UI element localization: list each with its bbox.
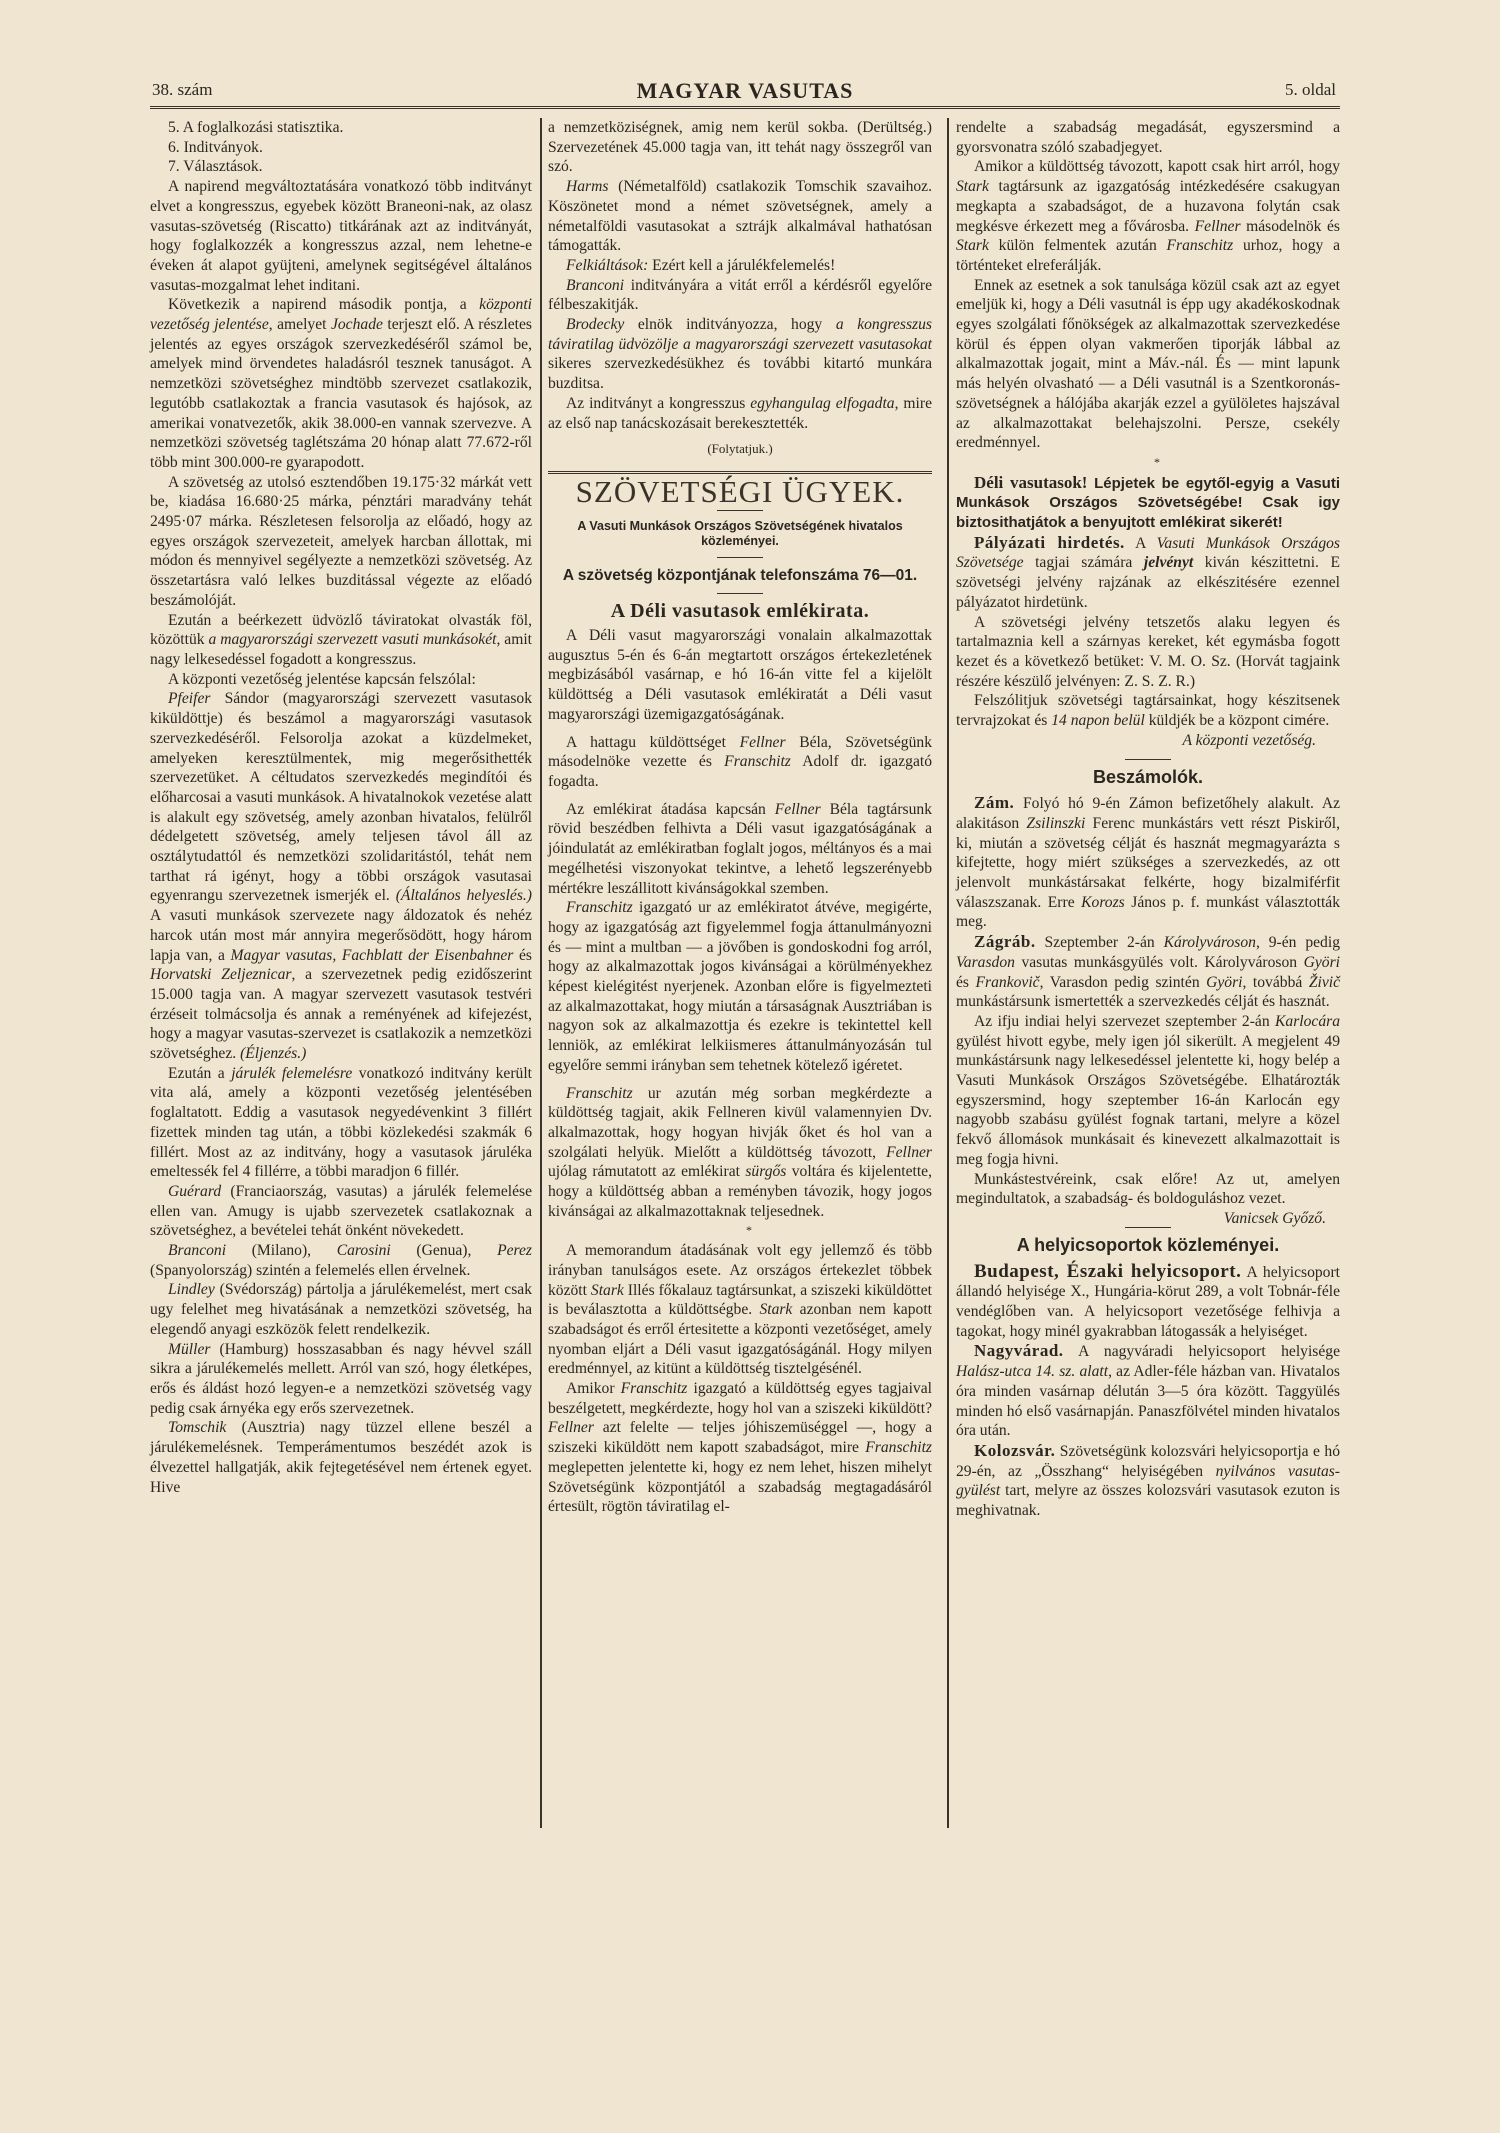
paragraph: A központi vezetőség jelentése kapcsán f… bbox=[150, 670, 532, 690]
article-title: A Déli vasutasok emlékirata. bbox=[548, 602, 932, 622]
page-number: 5. oldal bbox=[1285, 80, 1336, 100]
phone-notice: A szövetség központjának telefonszáma 76… bbox=[548, 566, 932, 586]
paragraph: Következik a napirend második pontja, a … bbox=[150, 295, 532, 472]
short-divider bbox=[1125, 759, 1171, 760]
short-divider bbox=[717, 593, 763, 594]
columns: 5. A foglalkozási statisztika. 6. Inditv… bbox=[150, 118, 1340, 1858]
short-divider bbox=[717, 557, 763, 558]
paragraph: Amikor Franschitz igazgató a küldöttség … bbox=[548, 1379, 932, 1517]
signature: A központi vezetőség. bbox=[956, 731, 1340, 751]
paragraph: Ezután a járulék felemelésre vonatkozó i… bbox=[150, 1064, 532, 1182]
paragraph: A hattagu küldöttséget Fellner Béla, Szö… bbox=[548, 733, 932, 792]
column-3: rendelte a szabadság megadását, egyszers… bbox=[956, 118, 1340, 1521]
paragraph: A napirend megváltoztatására vonatkozó t… bbox=[150, 177, 532, 295]
section-subtitle: A Vasuti Munkások Országos Szövetségének… bbox=[548, 519, 932, 549]
paragraph: Franschitz ur azután még sorban megkérde… bbox=[548, 1084, 932, 1222]
paragraph: a nemzetköziségnek, amig nem kerül sokba… bbox=[548, 118, 932, 177]
paragraph: Budapest, Északi helyicsoport. A helyics… bbox=[956, 1262, 1340, 1342]
paragraph: Nagyvárad. A nagyváradi helyicsoport hel… bbox=[956, 1341, 1340, 1441]
agenda-item: 7. Választások. bbox=[150, 157, 532, 177]
asterisk-divider: * bbox=[548, 1221, 932, 1241]
paragraph: Ezután a beérkezett üdvözlő táviratokat … bbox=[150, 611, 532, 670]
paragraph: A Déli vasut magyarországi vonalain alka… bbox=[548, 626, 932, 725]
paragraph: Müller (Hamburg) hosszasabban és nagy hé… bbox=[150, 1340, 532, 1419]
paragraph: Az emlékirat átadása kapcsán Fellner Bél… bbox=[548, 800, 932, 899]
column-1: 5. A foglalkozási statisztika. 6. Inditv… bbox=[150, 118, 532, 1497]
reports-title: Beszámolók. bbox=[956, 768, 1340, 788]
agenda-item: 5. A foglalkozási statisztika. bbox=[150, 118, 532, 138]
asterisk-divider: * bbox=[956, 453, 1340, 473]
paragraph: Kolozsvár. Szövetségünk kolozsvári helyi… bbox=[956, 1441, 1340, 1521]
paragraph: A szövetség az utolsó esztendőben 19.175… bbox=[150, 473, 532, 611]
continued-note: (Folytatjuk.) bbox=[548, 439, 932, 459]
paragraph: A szövetségi jelvény tetszetős alaku leg… bbox=[956, 613, 1340, 692]
paragraph: Amikor a küldöttség távozott, kapott csa… bbox=[956, 157, 1340, 275]
paragraph: Zágráb. Szeptember 2-án Károlyvároson, 9… bbox=[956, 932, 1340, 1012]
paragraph: Branconi (Milano), Carosini (Genua), Per… bbox=[150, 1241, 532, 1280]
short-divider bbox=[1125, 1227, 1171, 1228]
paragraph: Az ifju indiai helyi szervezet szeptembe… bbox=[956, 1012, 1340, 1170]
column-divider bbox=[540, 118, 542, 1828]
newspaper-title: MAGYAR VASUTAS bbox=[150, 78, 1340, 104]
paragraph: Ennek az esetnek a sok tanulsága közül c… bbox=[956, 276, 1340, 453]
paragraph: Branconi inditványára a vitát erről a ké… bbox=[548, 276, 932, 315]
section-title: SZÖVETSÉGI ÜGYEK. bbox=[548, 482, 932, 502]
callout-notice: Déli vasutasok! Lépjetek be egytől-egyig… bbox=[956, 473, 1340, 533]
paragraph: Brodecky elnök inditványozza, hogy a kon… bbox=[548, 315, 932, 394]
paragraph: Lindley (Svédország) pártolja a járuléke… bbox=[150, 1280, 532, 1339]
agenda-item: 6. Inditványok. bbox=[150, 138, 532, 158]
paragraph: A memorandum átadásának volt egy jellemz… bbox=[548, 1241, 932, 1379]
newspaper-page: 38. szám MAGYAR VASUTAS 5. oldal 5. A fo… bbox=[150, 78, 1340, 2068]
paragraph: Harms (Németalföld) csatlakozik Tomschik… bbox=[548, 177, 932, 256]
paragraph: Munkástestvéreink, csak előre! Az ut, am… bbox=[956, 1170, 1340, 1209]
column-divider bbox=[947, 118, 949, 1828]
paragraph: Felszólitjuk szövetségi tagtársainkat, h… bbox=[956, 691, 1340, 730]
paragraph: Felkiáltások: Ezért kell a járulékfeleme… bbox=[548, 256, 932, 276]
masthead: 38. szám MAGYAR VASUTAS 5. oldal bbox=[150, 78, 1340, 109]
paragraph: Franschitz igazgató ur az emlékiratot át… bbox=[548, 898, 932, 1075]
paragraph: Tomschik (Ausztria) nagy tüzzel ellene b… bbox=[150, 1418, 532, 1497]
paragraph: Zám. Folyó hó 9-én Zámon befizetőhely al… bbox=[956, 793, 1340, 932]
paragraph: Az inditványt a kongresszus egyhangulag … bbox=[548, 394, 932, 433]
paragraph: Pályázati hirdetés. A Vasuti Munkások Or… bbox=[956, 533, 1340, 613]
column-2: a nemzetköziségnek, amig nem kerül sokba… bbox=[548, 118, 932, 1517]
paragraph: rendelte a szabadság megadását, egyszers… bbox=[956, 118, 1340, 157]
paragraph: Guérard (Franciaország, vasutas) a járul… bbox=[150, 1182, 532, 1241]
short-divider bbox=[717, 510, 763, 511]
groups-title: A helyicsoportok közleményei. bbox=[956, 1236, 1340, 1256]
paragraph: Pfeifer Sándor (magyarországi szervezett… bbox=[150, 689, 532, 1063]
